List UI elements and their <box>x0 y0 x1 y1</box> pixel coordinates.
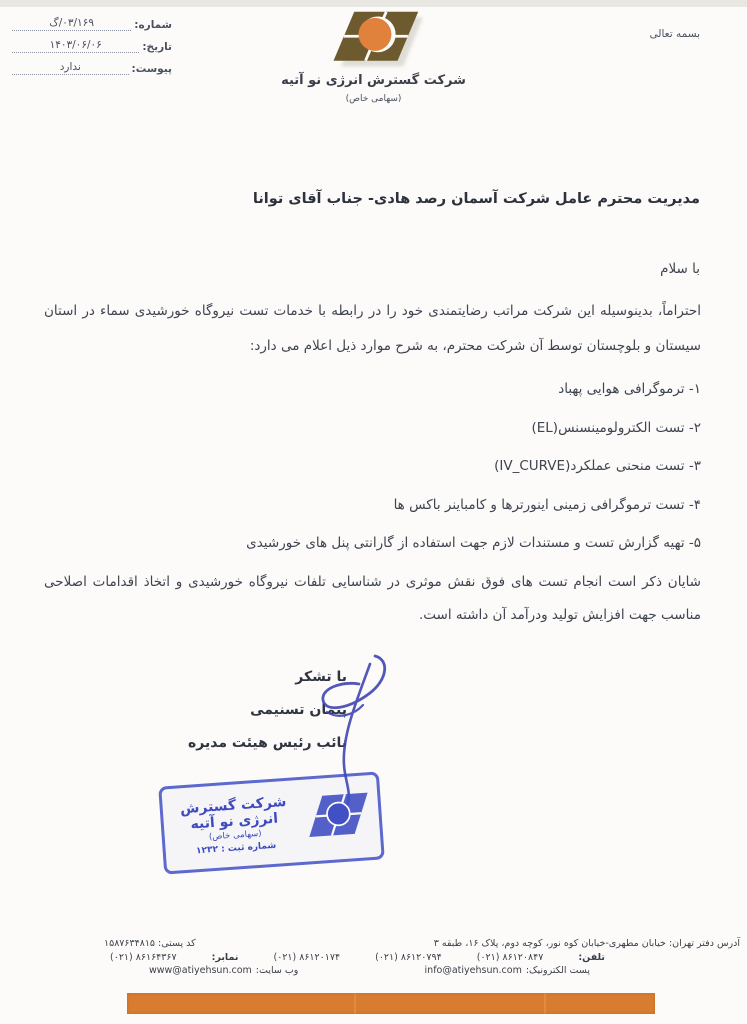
list-item-5: ۵- تهیه گزارش تست و مستندات لازم جهت است… <box>44 524 701 563</box>
company-name: شرکت گسترش انرژی نو آتیه <box>259 73 489 88</box>
list-item-2: ۲- تست الکترولومینسنس(EL) <box>44 409 701 448</box>
meta-row-date: تاریخ: ۱۴۰۳/۰۶/۰۶ <box>12 39 172 53</box>
company-stamp: شرکت گسترش انرژی نو آتیه (سهامی خاص) شما… <box>158 771 385 874</box>
footer-postal-code: کد پستی: ۱۵۸۷۶۳۴۸۱۵ <box>104 937 196 951</box>
meta-row-number: شماره: گ‎/۰۳/۱۶۹ <box>12 17 172 31</box>
list-item-1: ۱- ترموگرافی هوایی پهباد <box>44 370 701 409</box>
meta-number-value: گ‎/۰۳/۱۶۹ <box>49 17 94 29</box>
intro-paragraph: احتراماً، بدینوسیله این شرکت مراتب رضایت… <box>44 294 701 364</box>
company-logo-block: شرکت گسترش انرژی نو آتیه (سهامی خاص) <box>259 8 489 104</box>
meta-date-label: تاریخ: <box>139 41 172 53</box>
salutation: با سلام <box>660 261 700 277</box>
footer-phone-3: (۰۲۱) ۸۶۱۲۰۱۷۴ <box>273 951 340 965</box>
scanned-letter-page: شماره: گ‎/۰۳/۱۶۹ تاریخ: ۱۴۰۳/۰۶/۰۶ پیوست… <box>0 0 747 1024</box>
footer-phone-2: (۰۲۱) ۸۶۱۲۰۷۹۴ <box>375 951 442 965</box>
company-type: (سهامی خاص) <box>259 94 489 104</box>
footer-orange-bar <box>127 993 655 1014</box>
footer-fax-number: (۰۲۱) ۸۶۱۶۴۳۶۷ <box>110 951 177 965</box>
stamp-text: شرکت گسترش انرژی نو آتیه (سهامی خاص) شما… <box>168 793 301 858</box>
recipient-line: مدیریت محترم عامل شرکت آسمان رصد هادی- ج… <box>40 191 700 207</box>
footer-fax-label: نمابر: <box>212 951 239 965</box>
footer-address-line: آدرس دفتر تهران: خیابان مطهری-خیابان کوه… <box>104 937 740 951</box>
footer-website-label: وب سایت: <box>256 964 299 978</box>
solar-panel-sun-logo-icon <box>322 8 426 72</box>
bismillah-text: بسمه تعالی <box>650 28 700 40</box>
footer-phone-1: (۰۲۱) ۸۶۱۲۰۸۴۷ <box>477 951 544 965</box>
scan-edge-artifact <box>0 0 747 7</box>
closing-paragraph: شایان ذکر است انجام تست های فوق نقش موثر… <box>44 566 701 632</box>
letterhead-footer: آدرس دفتر تهران: خیابان مطهری-خیابان کوه… <box>104 937 740 978</box>
meta-row-attachment: پیوست: ندارد <box>12 61 172 75</box>
footer-phone-label: تلفن: <box>578 951 605 965</box>
meta-attachment-label: پیوست: <box>129 63 172 75</box>
footer-email: info@atiyehsun.com <box>425 964 522 978</box>
letter-meta: شماره: گ‎/۰۳/۱۶۹ تاریخ: ۱۴۰۳/۰۶/۰۶ پیوست… <box>12 17 172 83</box>
stamp-logo-icon <box>301 788 375 849</box>
footer-address: آدرس دفتر تهران: خیابان مطهری-خیابان کوه… <box>434 937 740 951</box>
footer-email-label: پست الکترونیک: <box>526 964 590 978</box>
footer-web-line: پست الکترونیک: info@atiyehsun.com وب سای… <box>104 964 740 978</box>
footer-website: www@atiyehsun.com <box>149 964 252 978</box>
meta-date-value: ۱۴۰۳/۰۶/۰۶ <box>50 39 102 51</box>
meta-attachment-value: ندارد <box>60 61 81 73</box>
meta-number-label: شماره: <box>131 19 172 31</box>
list-item-3: ۳- تست منحنی عملکرد(IV_CURVE) <box>44 447 701 486</box>
footer-phone-line: تلفن: (۰۲۱) ۸۶۱۲۰۸۴۷ (۰۲۱) ۸۶۱۲۰۷۹۴ (۰۲۱… <box>104 951 740 965</box>
footer-email-group: پست الکترونیک: info@atiyehsun.com <box>425 964 590 978</box>
footer-website-group: وب سایت: www@atiyehsun.com <box>149 964 298 978</box>
list-item-4: ۴- تست ترموگرافی زمینی اینورترها و کامبا… <box>44 486 701 525</box>
test-items-list: ۱- ترموگرافی هوایی پهباد ۲- تست الکترولو… <box>44 370 701 563</box>
